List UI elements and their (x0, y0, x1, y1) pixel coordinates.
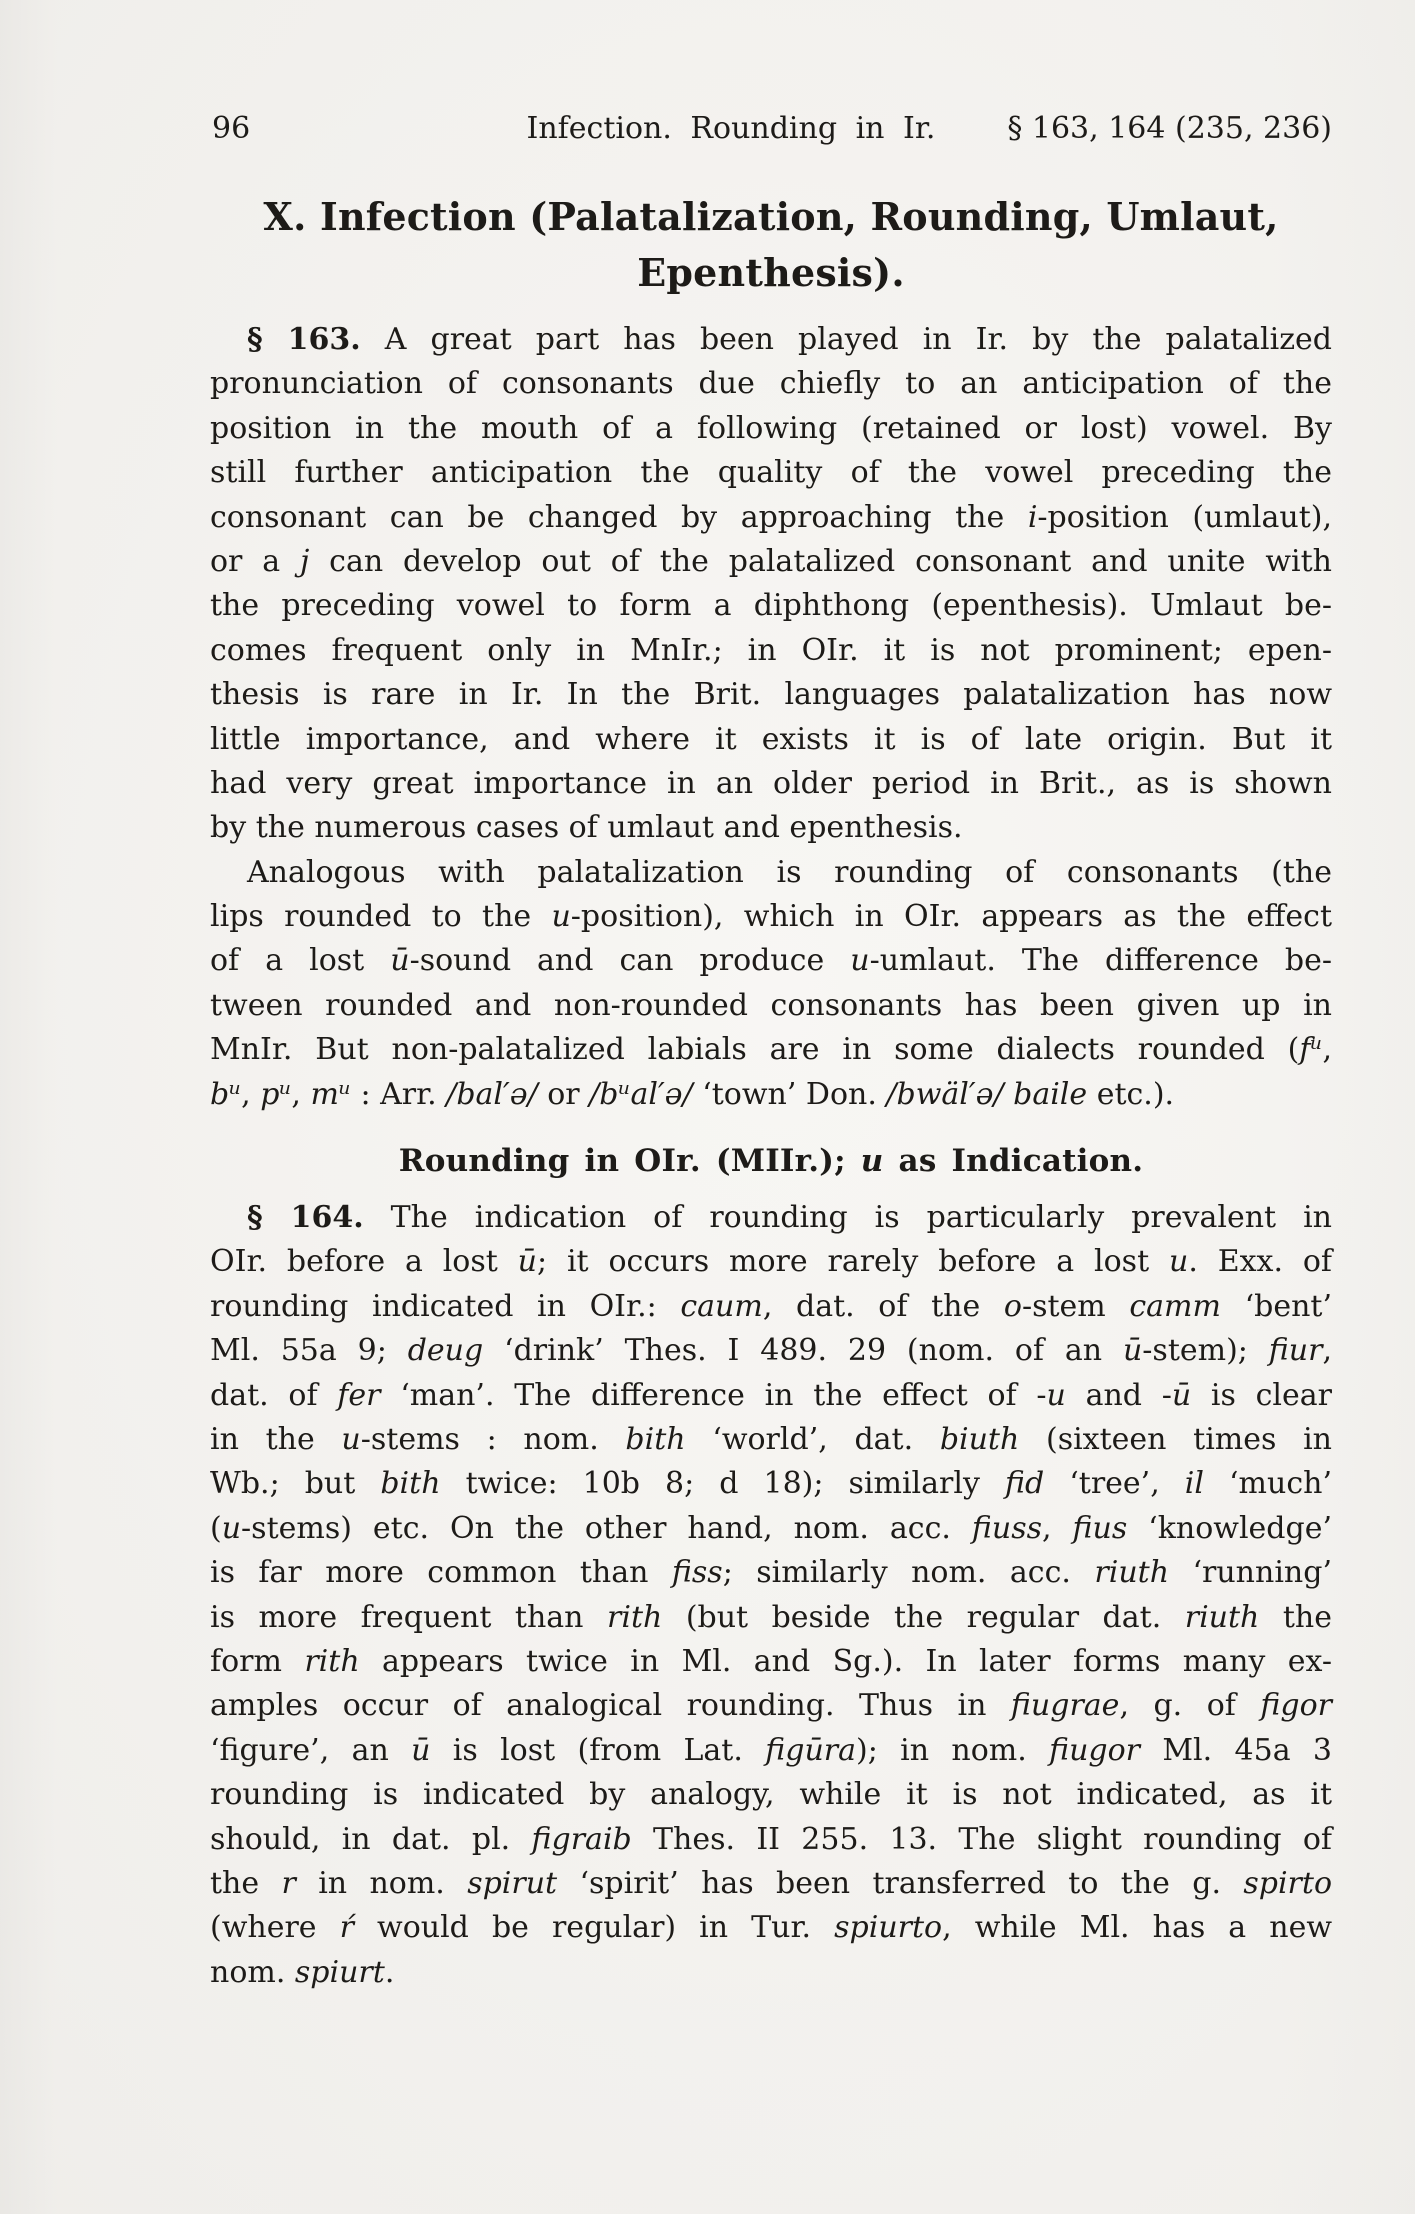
styled-text: ū (411, 1733, 430, 1768)
styled-text: fius (1072, 1511, 1127, 1546)
styled-text: u (1169, 1244, 1188, 1279)
styled-text: figūra (765, 1733, 856, 1768)
styled-text: u (341, 1422, 360, 1457)
styled-text: u (1047, 1378, 1066, 1413)
styled-text: u (222, 1511, 241, 1546)
text-line: OIr. before a lost ū; it occurs more rar… (210, 1240, 1332, 1284)
styled-text: /bwäl′ə/ (886, 1077, 1003, 1112)
text-line: Analogous with palatalization is roundin… (210, 851, 1332, 895)
styled-text: ŕ (340, 1910, 354, 1945)
styled-text: fiugrae (1011, 1688, 1120, 1723)
styled-text: § 163. (247, 322, 361, 357)
text-line: little importance, and where it exists i… (210, 718, 1332, 762)
styled-text: r (282, 1866, 296, 1901)
styled-text: § 164. (247, 1200, 364, 1235)
text-line: amples occur of analogical rounding. Thu… (210, 1684, 1332, 1728)
styled-text: fer (337, 1378, 380, 1413)
styled-text: /bᵘal′ə/ (589, 1077, 692, 1112)
styled-text: camm (1129, 1289, 1221, 1324)
styled-text: il (1185, 1466, 1204, 1501)
text-line: ‘figure’, an ū is lost (from Lat. figūra… (210, 1729, 1332, 1773)
styled-text: ū (390, 943, 409, 978)
text-line: rounding indicated in OIr.: caum, dat. o… (210, 1285, 1332, 1329)
styled-text: fid (1005, 1466, 1044, 1501)
paragraph-163: § 163. A great part has been played in I… (210, 318, 1332, 851)
styled-text: ū (518, 1244, 537, 1279)
text-line: rounding is indicated by analogy, while … (210, 1773, 1332, 1817)
styled-text: u (861, 1143, 884, 1179)
chapter-title-line1: X. Infection (Palatalization, Rounding, … (263, 194, 1278, 239)
styled-text: deug (408, 1333, 483, 1368)
styled-text: i (1028, 500, 1038, 535)
text-line: still further anticipation the quality o… (210, 451, 1332, 495)
text-line: dat. of fer ‘man’. The difference in the… (210, 1374, 1332, 1418)
text-line: lips rounded to the u-position), which i… (210, 895, 1332, 939)
text-line: Ml. 55a 9; deug ‘drink’ Thes. I 489. 29 … (210, 1329, 1332, 1373)
text-line: consonant can be changed by approaching … (210, 496, 1332, 540)
text-line: nom. spiurt. (210, 1951, 1332, 1995)
text-line: Wb.; but bith twice: 10b 8; d 18); simil… (210, 1462, 1332, 1506)
text-line: had very great importance in an older pe… (210, 762, 1332, 806)
text-line: by the numerous cases of umlaut and epen… (210, 806, 1332, 850)
section-reference: § 163, 164 (235, 236) (1007, 106, 1332, 151)
text-line: is far more common than fiss; similarly … (210, 1551, 1332, 1595)
text-line: of a lost ū-sound and can produce u-umla… (210, 939, 1332, 983)
text-line: the preceding vowel to form a diphthong … (210, 584, 1332, 628)
text-line: § 163. A great part has been played in I… (210, 318, 1332, 362)
styled-text: mᵘ (311, 1077, 351, 1112)
text-line: § 164. The indication of rounding is par… (210, 1196, 1332, 1240)
text-line: is more frequent than rith (but beside t… (210, 1596, 1332, 1640)
styled-text: u (551, 899, 570, 934)
text-line: the r in nom. spirut ‘spirit’ has been t… (210, 1862, 1332, 1906)
styled-text: figor (1260, 1688, 1332, 1723)
paragraph-analogous: Analogous with palatalization is roundin… (210, 851, 1332, 1117)
styled-text: pᵘ (260, 1077, 291, 1112)
styled-text: /bal′ə/ (446, 1077, 537, 1112)
styled-text: rith (304, 1644, 359, 1679)
text-line: should, in dat. pl. figraib Thes. II 255… (210, 1818, 1332, 1862)
text-line: pronunciation of consonants due chiefly … (210, 362, 1332, 406)
styled-text: fᵘ (1299, 1032, 1322, 1067)
styled-text: ū (1123, 1333, 1142, 1368)
text-line: thesis is rare in Ir. In the Brit. langu… (210, 673, 1332, 717)
styled-text: ū (1172, 1378, 1191, 1413)
text-line: (u-stems) etc. On the other hand, nom. a… (210, 1507, 1332, 1551)
styled-text: fiugor (1049, 1733, 1140, 1768)
styled-text: bᵘ (210, 1077, 241, 1112)
text-line: bᵘ, pᵘ, mᵘ : Arr. /bal′ə/ or /bᵘal′ə/ ‘t… (210, 1073, 1332, 1117)
styled-text: u (850, 943, 869, 978)
styled-text: rith (607, 1600, 662, 1635)
styled-text: spiurto (834, 1910, 942, 1945)
styled-text: spirut (467, 1866, 557, 1901)
book-page: 96 Infection. Rounding in Ir. § 163, 164… (0, 0, 1415, 2214)
subheading-rounding-in-oir: Rounding in OIr. (MIIr.); u as Indicatio… (210, 1139, 1332, 1183)
styled-text: bith (380, 1466, 440, 1501)
styled-text: figraib (532, 1822, 632, 1857)
chapter-title: X. Infection (Palatalization, Rounding, … (210, 189, 1332, 301)
styled-text: spirto (1243, 1866, 1332, 1901)
styled-text: riuth (1094, 1555, 1169, 1590)
text-line: in the u-stems : nom. bith ‘world’, dat.… (210, 1418, 1332, 1462)
styled-text: bith (625, 1422, 685, 1457)
styled-text: biuth (940, 1422, 1020, 1457)
styled-text: fiss (672, 1555, 723, 1590)
running-header: 96 Infection. Rounding in Ir. § 163, 164… (210, 106, 1332, 151)
text-line: or a j can develop out of the palatalize… (210, 540, 1332, 584)
styled-text: spiurt (295, 1955, 385, 1990)
styled-text: o (1004, 1289, 1022, 1324)
chapter-title-line2: Epenthesis). (637, 250, 905, 295)
text-line: position in the mouth of a following (re… (210, 407, 1332, 451)
styled-text: fiuss (972, 1511, 1042, 1546)
text-line: comes frequent only in MnIr.; in OIr. it… (210, 629, 1332, 673)
styled-text: riuth (1185, 1600, 1260, 1635)
text-column: 96 Infection. Rounding in Ir. § 163, 164… (210, 0, 1332, 1995)
text-line: form rith appears twice in Ml. and Sg.).… (210, 1640, 1332, 1684)
styled-text: fiur (1269, 1333, 1323, 1368)
styled-text: baile (1013, 1077, 1087, 1112)
styled-text: caum (680, 1289, 762, 1324)
text-line: MnIr. But non-palatalized labials are in… (210, 1028, 1332, 1072)
text-line: (where ŕ would be regular) in Tur. spiur… (210, 1906, 1332, 1950)
styled-text: j (300, 544, 309, 579)
paragraph-164: § 164. The indication of rounding is par… (210, 1196, 1332, 1995)
text-line: tween rounded and non-rounded consonants… (210, 984, 1332, 1028)
